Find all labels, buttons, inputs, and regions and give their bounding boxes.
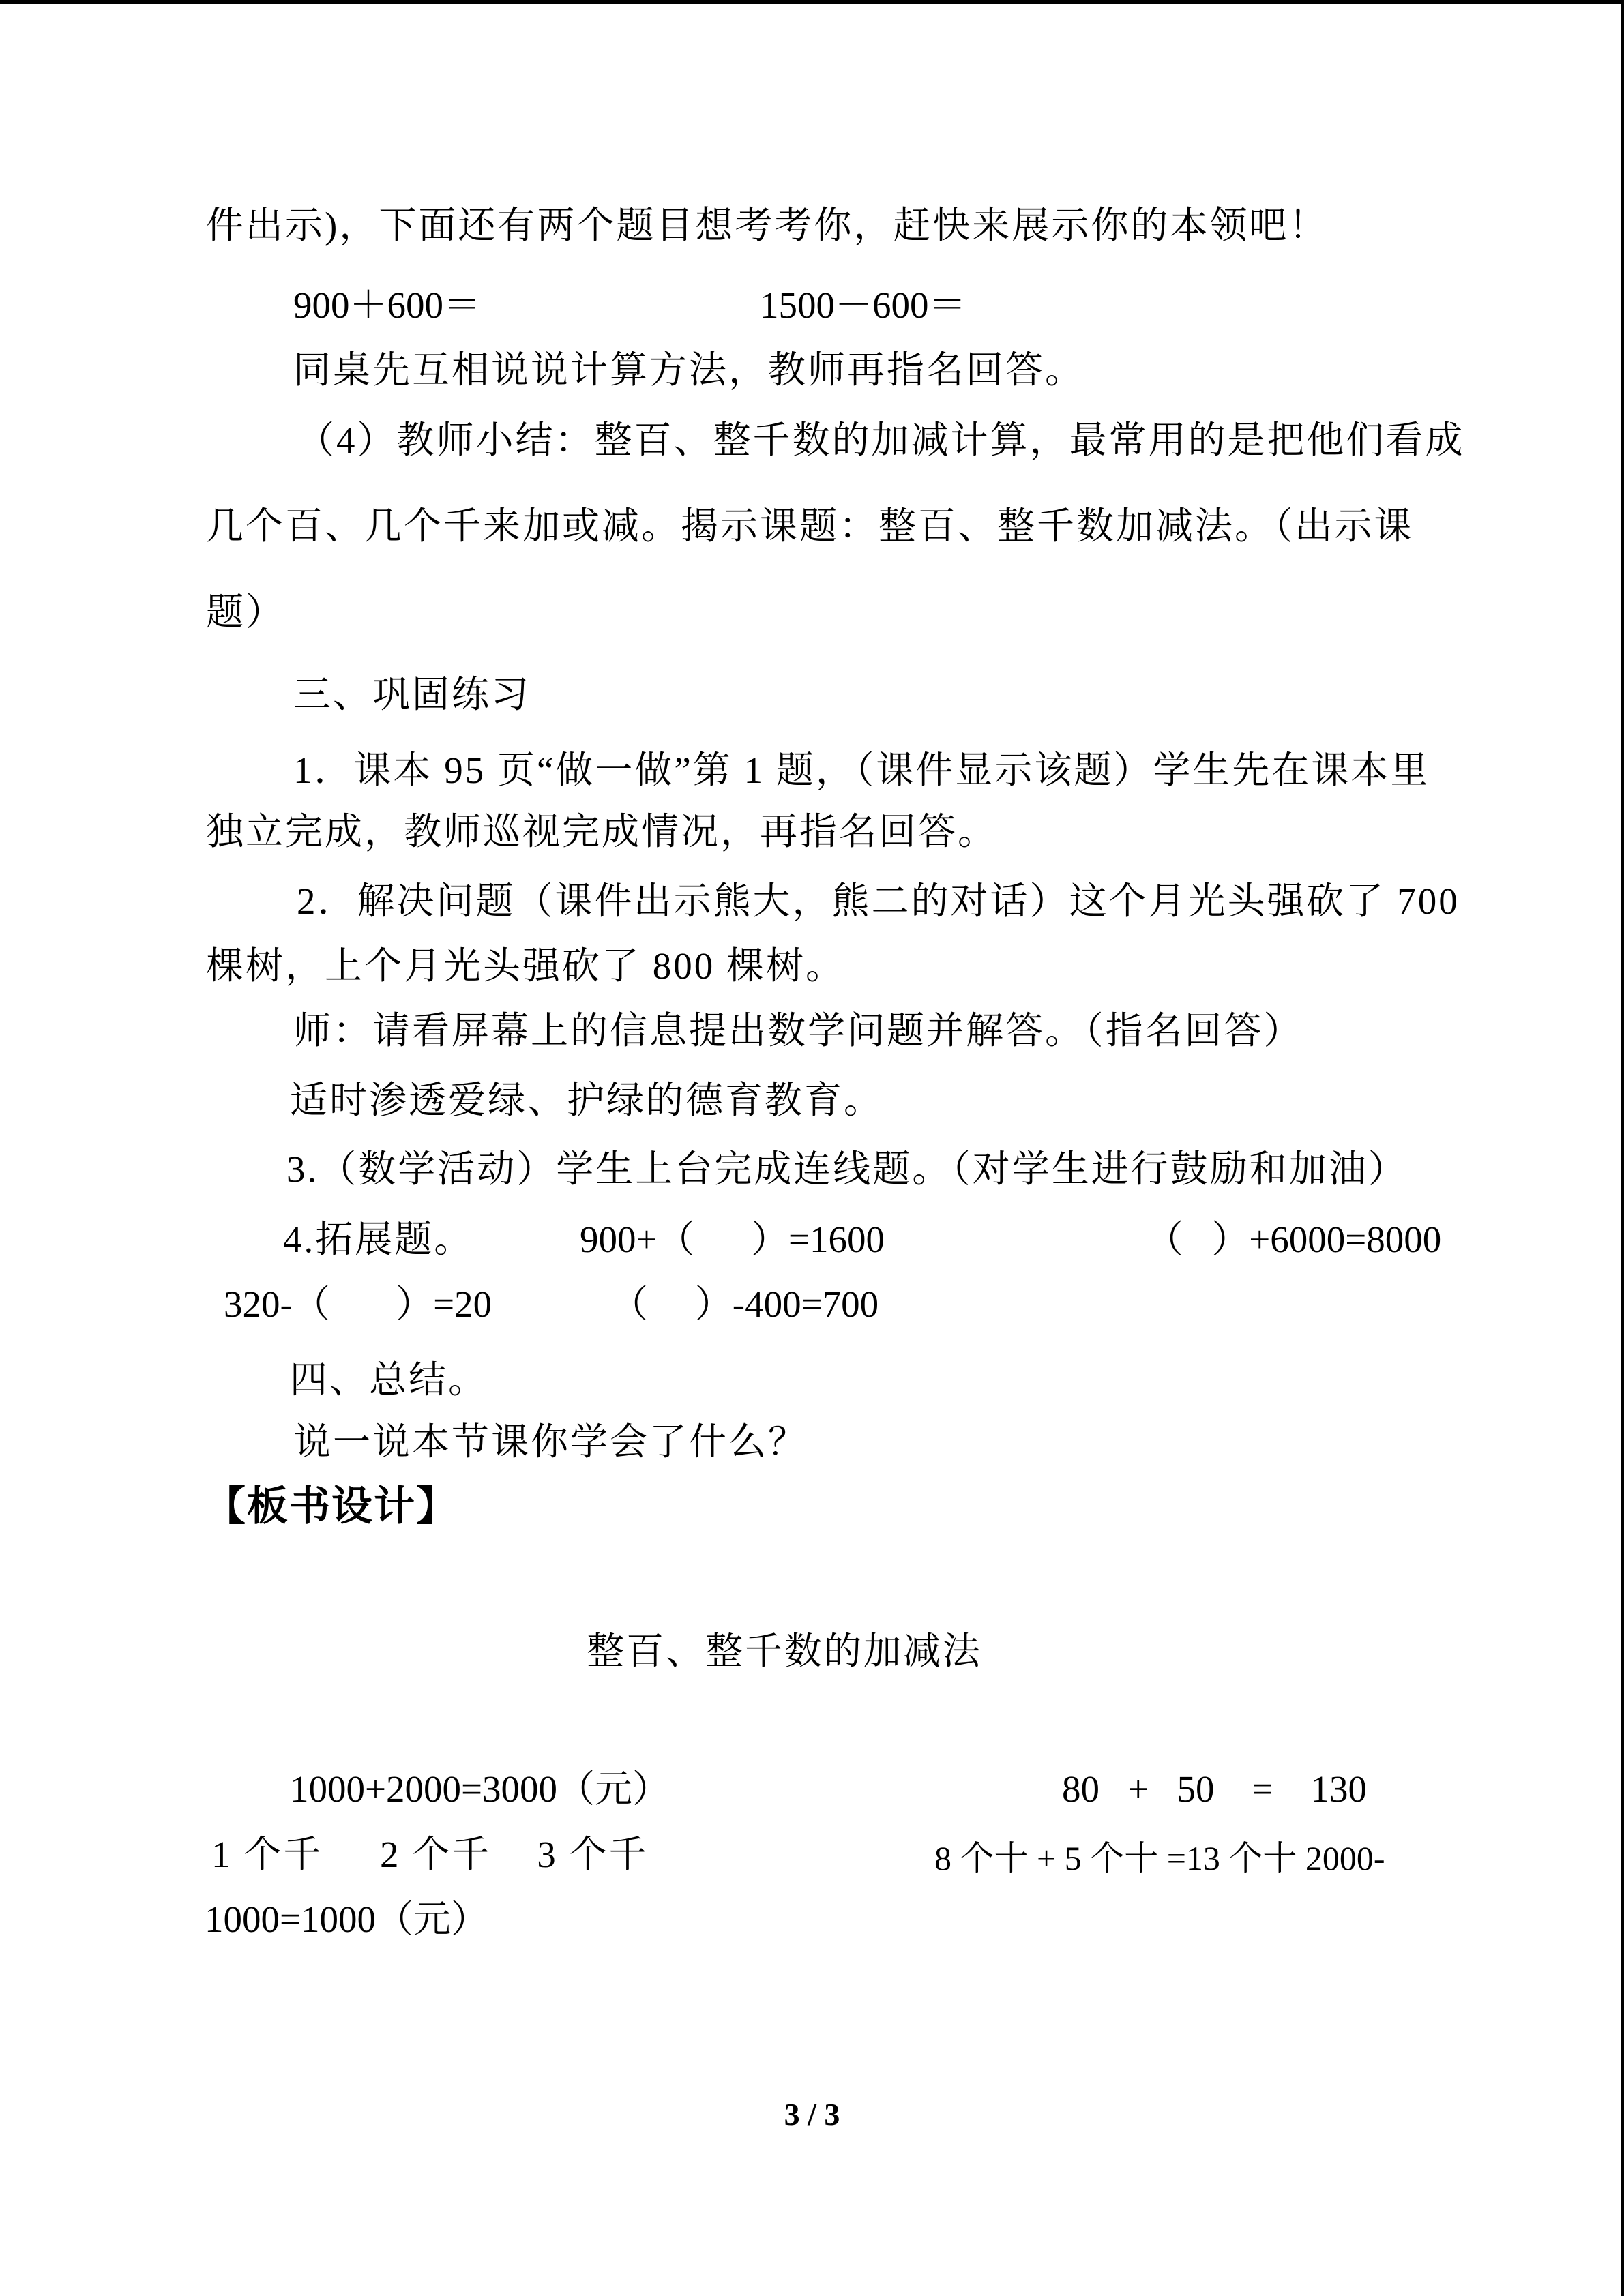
fill-blank-equation: （ ）+6000=8000 xyxy=(1146,1218,1441,1261)
paragraph-line: 题） xyxy=(206,591,285,633)
board-note: 1 个千 2 个千 3 个千 xyxy=(211,1833,649,1876)
paragraph-line: 2．解决问题（课件出示熊大，熊二的对话）这个月光头强砍了 700 xyxy=(297,880,1460,923)
page-number: 3 / 3 xyxy=(0,2097,1624,2133)
right-edge-line xyxy=(1621,0,1624,2296)
paragraph-line: 同桌先互相说说计算方法，教师再指名回答。 xyxy=(293,348,1084,391)
section-heading: 四、总结。 xyxy=(290,1358,488,1401)
document-page: 件出示)，下面还有两个题目想考考你，赶快来展示你的本领吧！ 900＋600＝ 1… xyxy=(0,0,1624,2296)
top-edge-line xyxy=(0,0,1624,4)
board-equation: 1000=1000（元） xyxy=(205,1898,488,1941)
paragraph-line: 4.拓展题。 xyxy=(283,1218,473,1261)
fill-blank-equation: （ ）-400=700 xyxy=(610,1283,879,1326)
paragraph-line: 师：请看屏幕上的信息提出数学问题并解答。（指名回答） xyxy=(293,1009,1303,1052)
paragraph-line: 3.（数学活动）学生上台完成连线题。（对学生进行鼓励和加油） xyxy=(286,1148,1408,1191)
paragraph-line: 几个百、几个千来加或减。揭示课题：整百、整千数加减法。（出示课 xyxy=(206,505,1414,548)
board-equation: 1000+2000=3000（元） xyxy=(290,1768,670,1810)
paragraph-line: 说一说本节课你学会了什么？ xyxy=(293,1420,808,1463)
paragraph-line: 件出示)，下面还有两个题目想考考你，赶快来展示你的本领吧！ xyxy=(206,204,1328,247)
equation: 1500－600＝ xyxy=(760,284,966,327)
paragraph-line: 适时渗透爱绿、护绿的德育教育。 xyxy=(290,1079,883,1122)
board-note: 8 个十 + 5 个十 =13 个十 2000- xyxy=(934,1839,1385,1879)
paragraph-line: （4）教师小结：整百、整千数的加减计算，最常用的是把他们看成 xyxy=(297,419,1465,462)
fill-blank-equation: 900+（ ）=1600 xyxy=(580,1218,885,1261)
board-title: 整百、整千数的加减法 xyxy=(587,1630,982,1673)
paragraph-line: 1．课本 95 页“做一做”第 1 题，（课件显示该题）学生先在课本里 xyxy=(293,749,1430,792)
paragraph-line: 棵树，上个月光头强砍了 800 棵树。 xyxy=(206,944,845,987)
equation: 900＋600＝ xyxy=(293,284,481,327)
board-design-heading: 【板书设计】 xyxy=(205,1483,458,1530)
fill-blank-equation: 320-（ ）=20 xyxy=(224,1283,492,1326)
board-equation: 80 + 50 = 130 xyxy=(1062,1768,1367,1810)
section-heading: 三、巩固练习 xyxy=(293,673,531,716)
paragraph-line: 独立完成，教师巡视完成情况，再指名回答。 xyxy=(206,810,997,853)
